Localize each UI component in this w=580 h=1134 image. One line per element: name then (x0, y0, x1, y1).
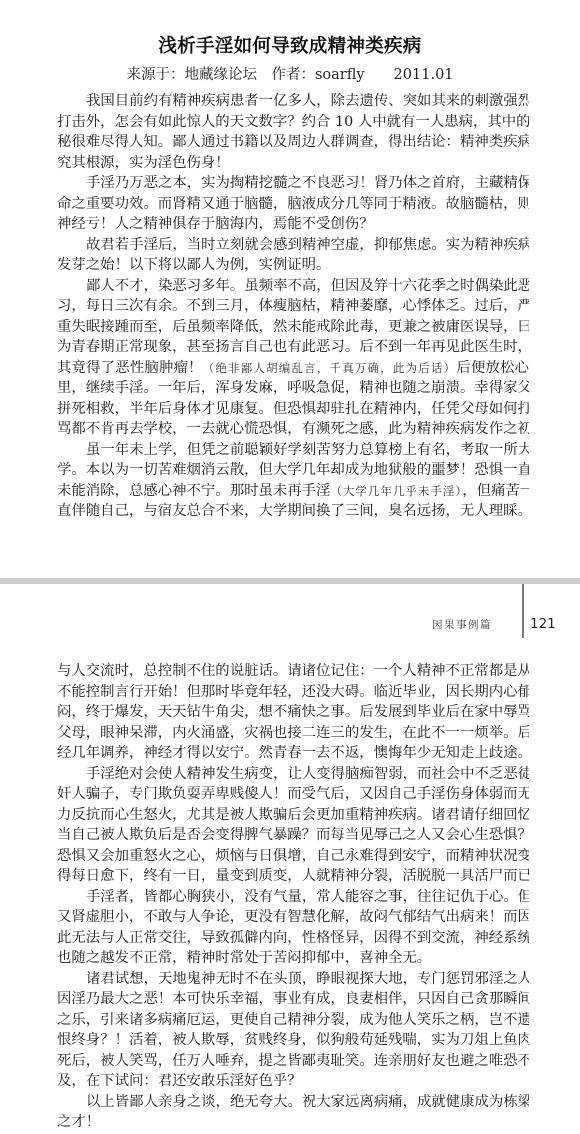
text-line: 不能控制言行开始！但那时毕竟年轻，还没大碍。临近毕业，因长期内心郁 (57, 682, 529, 703)
text-line-content: 故君若手淫后，当时立刻就会感到精神空虚，抑郁焦虑。实为精神疾病 (86, 237, 529, 253)
text-line-content: 究其根源，实为淫色伤身！ (57, 155, 230, 171)
text-line: 秘很难尽得人知。鄙人通过书籍以及周边人群调查，得出结论：精神类疾病 (57, 132, 529, 153)
text-line: 习，每日三次有余。不到三月，体瘦脑枯，精神萎靡，心悸体乏。过后，严 (57, 296, 529, 317)
text-line: 恨终身？！活着，被人欺辱，贫贱终身，似狗般苟延残喘，实为刀俎上鱼肉； (57, 1030, 529, 1051)
text-line-content: 未能消除，总感心神不宁。那时虽未再手淫 (57, 483, 330, 499)
text-line: 手淫者，皆都心胸狭小，没有气量，常人能容之事，往往记仇于心。但 (57, 887, 529, 908)
article-byline: 来源于：地藏缘论坛 作者：soarfly 2011.01 (0, 64, 580, 86)
article-title: 浅析手淫如何导致成精神类疾病 (0, 34, 580, 60)
running-head: 因果事例篇 (432, 617, 492, 633)
page-number: 121 (530, 615, 556, 633)
text-line: 父母，眼神呆滞，内火涌盛，灾祸也接二连三的发生，在此不一一烦举。后 (57, 723, 529, 744)
text-line-content: 里，继续手淫。一年后，浑身发麻，呼吸急促，精神也随之崩溃。幸得家父 (57, 380, 529, 396)
text-line-content: 手淫乃万恶之本，实为掏精挖髓之不良恶习！肾乃体之首府，主藏精保 (86, 175, 529, 191)
text-line: 虽一年未上学，但凭之前聪颖好学刻苦努力总算榜上有名，考取一所大 (57, 440, 529, 461)
text-line-content: 当自己被人欺负后是否会变得脾气暴躁？而每当见辱己之人又会心生恐惧？ (57, 827, 529, 843)
parenthetical-note: （大学几年几乎未手淫） (330, 484, 462, 498)
text-line-content: 手淫绝对会使人精神发生病变，让人变得脑痴智弱，而社会中不乏恶徒 (86, 766, 529, 782)
text-line-content: 闷，终于爆发，天天钻牛角尖，想不痛快之事。后发展到毕业后在家中辱骂 (57, 704, 529, 720)
text-line: 手淫绝对会使人精神发生病变，让人变得脑痴智弱，而社会中不乏恶徒 (57, 764, 529, 785)
text-line: 恐惧又会加重怒火之心，烦恼与日俱增，自己永难得到安宁，而精神状况变 (57, 846, 529, 867)
text-line-content: 我国目前约有精神疾病患者一亿多人，除去遗传、突如其来的刺激强烈 (86, 93, 529, 109)
text-line: 里，继续手淫。一年后，浑身发麻，呼吸急促，精神也随之崩溃。幸得家父 (57, 378, 529, 399)
text-line-content: 因淫乃最大之恶！本可快乐幸福，事业有成，良妻相伴，只因自己贪那瞬间 (57, 991, 529, 1007)
text-line: 发芽之始！以下将以鄙人为例，实例证明。 (57, 255, 529, 276)
text-line-content: 打击外，怎会有如此惊人的天文数字？约合 10 人中就有一人患病，其中的奥 (57, 114, 529, 130)
text-line: 之才！ (57, 1112, 529, 1133)
text-line: 直伴随自己，与宿友总合不来，大学期间换了三间，臭名远扬，无人理睬。 (57, 501, 529, 522)
text-line-content: 经几年调养，神经才得以安宁。然青春一去不返，懊悔年少无知走上歧途。 (57, 745, 529, 761)
text-line: 力反抗而心生怒火，尤其是被人欺骗后会更加重精神疾病。诸君请仔细回忆， (57, 805, 529, 826)
text-line-content: 命之重要功效。而肾精又通于脑髓，脑液成分几等同于精液。故脑髓枯，则 (57, 196, 529, 212)
text-line-continuation: 后便放松心 (456, 360, 529, 376)
text-line: 得每日愈下，终有一日，量变到质变，人就精神分裂，活脱脱一具活尸而已！ (57, 866, 529, 887)
text-line: 其竟得了恶性脑肿瘤！（绝非鄙人胡编乱言，千真万确，此为后话）后便放松心 (57, 358, 529, 379)
text-line-content: 拼死相救，半年后身体才见康复。但恐惧却驻扎在精神内，任凭父母如何打 (57, 401, 529, 417)
text-line-content: 神经亏！人之精神俱存于脑海内，焉能不受创伤？ (57, 216, 374, 232)
text-line: 未能消除，总感心神不宁。那时虽未再手淫（大学几年几乎未手淫），但痛苦一 (57, 481, 529, 502)
text-line: 故君若手淫后，当时立刻就会感到精神空虚，抑郁焦虑。实为精神疾病 (57, 235, 529, 256)
text-line-content: 为青春期正常现象，甚至扬言自己也有此恶习。后不到一年再见此医生时， (57, 339, 529, 355)
header-divider-rule (522, 584, 524, 638)
text-line-content: 习，每日三次有余。不到三月，体瘦脑枯，精神萎靡，心悸体乏。过后，严 (57, 298, 529, 314)
article-body-page1: 我国目前约有精神疾病患者一亿多人，除去遗传、突如其来的刺激强烈打击外，怎会有如此… (57, 91, 529, 522)
text-line-content: 与人交流时，总控制不住的说脏话。请诸位记住：一个人精神不正常都是从 (57, 663, 529, 679)
text-line-content: 奸人骗子，专门欺负耍弄卑贱傻人！而受气后，又因自己手淫伤身体弱而无 (57, 786, 529, 802)
text-line: 也随之越发不正常，精神时常处于苦闷抑郁中，喜神全无。 (57, 948, 529, 969)
text-line: 之乐，引来诸多病痛厄运，更使自己精神分裂，成为他人笑乐之柄，岂不遗 (57, 1010, 529, 1031)
text-line-content: 也随之越发不正常，精神时常处于苦闷抑郁中，喜神全无。 (57, 950, 431, 966)
text-line-content: 秘很难尽得人知。鄙人通过书籍以及周边人群调查，得出结论：精神类疾病 (57, 134, 529, 150)
text-line: 究其根源，实为淫色伤身！ (57, 153, 529, 174)
text-line: 学。本以为一切苦难烟消云散，但大学几年却成为地狱般的噩梦！恐惧一直 (57, 460, 529, 481)
text-line: 此无法与人正常交往，导致孤僻内向，性格怪异，因得不到交流，神经系统 (57, 928, 529, 949)
text-line: 拼死相救，半年后身体才见康复。但恐惧却驻扎在精神内，任凭父母如何打 (57, 399, 529, 420)
text-line-content: 诸君试想，天地鬼神无时不在头顶，睁眼视探大地，专门惩罚邪淫之人， (86, 971, 529, 987)
text-line-content: 骂都不肯再去学校，一去就心慌恐惧，有濒死之感，此为精神疾病发作之初！ (57, 421, 529, 437)
text-line: 为青春期正常现象，甚至扬言自己也有此恶习。后不到一年再见此医生时， (57, 337, 529, 358)
text-line: 我国目前约有精神疾病患者一亿多人，除去遗传、突如其来的刺激强烈 (57, 91, 529, 112)
text-line-content: 手淫者，皆都心胸狭小，没有气量，常人能容之事，往往记仇于心。但 (86, 889, 529, 905)
text-line-content: 力反抗而心生怒火，尤其是被人欺骗后会更加重精神疾病。诸君请仔细回忆， (57, 807, 529, 823)
text-line: 及，在下试问：君还安敢乐淫好色乎？ (57, 1071, 529, 1092)
text-line: 重失眠接踵而至，后虽频率降低，然未能戒除此毒，更兼之被庸医误导，曰 (57, 317, 529, 338)
text-line-content: 重失眠接踵而至，后虽频率降低，然未能戒除此毒，更兼之被庸医误导，曰 (57, 319, 529, 335)
text-line-content: 恨终身？！活着，被人欺辱，贫贱终身，似狗般苟延残喘，实为刀俎上鱼肉； (57, 1032, 529, 1048)
text-line-content: 之乐，引来诸多病痛厄运，更使自己精神分裂，成为他人笑乐之柄，岂不遗 (57, 1012, 529, 1028)
text-line: 手淫乃万恶之本，实为掏精挖髓之不良恶习！肾乃体之首府，主藏精保 (57, 173, 529, 194)
text-line-content: 死后，被人笑骂，任万人唾弃，提之皆鄙夷耻笑。连亲朋好友也避之唯恐不 (57, 1053, 529, 1069)
text-line: 经几年调养，神经才得以安宁。然青春一去不返，懊悔年少无知走上歧途。 (57, 743, 529, 764)
text-line-content: 以上皆鄙人亲身之谈，绝无夸大。祝大家远离病痛，成就健康成为栋梁 (86, 1094, 529, 1110)
text-line-content: 不能控制言行开始！但那时毕竟年轻，还没大碍。临近毕业，因长期内心郁 (57, 684, 529, 700)
text-line: 当自己被人欺负后是否会变得脾气暴躁？而每当见辱己之人又会心生恐惧？ (57, 825, 529, 846)
text-line: 闷，终于爆发，天天钻牛角尖，想不痛快之事。后发展到毕业后在家中辱骂 (57, 702, 529, 723)
text-line: 骂都不肯再去学校，一去就心慌恐惧，有濒死之感，此为精神疾病发作之初！ (57, 419, 529, 440)
text-line: 奸人骗子，专门欺负耍弄卑贱傻人！而受气后，又因自己手淫伤身体弱而无 (57, 784, 529, 805)
text-line-content: 其竟得了恶性脑肿瘤！ (57, 360, 203, 376)
text-line: 因淫乃最大之恶！本可快乐幸福，事业有成，良妻相伴，只因自己贪那瞬间 (57, 989, 529, 1010)
text-line-content: 发芽之始！以下将以鄙人为例，实例证明。 (57, 257, 330, 273)
text-line: 与人交流时，总控制不住的说脏话。请诸位记住：一个人精神不正常都是从 (57, 661, 529, 682)
text-line-content: 此无法与人正常交往，导致孤僻内向，性格怪异，因得不到交流，神经系统 (57, 930, 529, 946)
article-body-page2: 与人交流时，总控制不住的说脏话。请诸位记住：一个人精神不正常都是从不能控制言行开… (57, 661, 529, 1133)
page-121-top: 浅析手淫如何导致成精神类疾病 来源于：地藏缘论坛 作者：soarfly 2011… (0, 0, 580, 578)
text-line-content: 得每日愈下，终有一日，量变到质变，人就精神分裂，活脱脱一具活尸而已！ (57, 868, 529, 884)
parenthetical-note: （绝非鄙人胡编乱言，千真万确，此为后话） (203, 361, 457, 375)
text-line-content: 直伴随自己，与宿友总合不来，大学期间换了三间，臭名远扬，无人理睬。 (57, 503, 529, 519)
text-line: 鄙人不才，染恶习多年。虽频率不高，但因及笄十六花季之时偶染此恶 (57, 276, 529, 297)
text-line: 诸君试想，天地鬼神无时不在头顶，睁眼视探大地，专门惩罚邪淫之人， (57, 969, 529, 990)
page-121: 因果事例篇 121 与人交流时，总控制不住的说脏话。请诸位记住：一个人精神不正常… (0, 584, 580, 1134)
text-line: 神经亏！人之精神俱存于脑海内，焉能不受创伤？ (57, 214, 529, 235)
text-line-continuation: ，但痛苦一 (462, 483, 529, 499)
text-line-content: 及，在下试问：君还安敢乐淫好色乎？ (57, 1073, 302, 1089)
text-line: 又肾虚胆小，不敢与人争论，更没有智慧化解，故闷气郁结气出病来！而因 (57, 907, 529, 928)
text-line-content: 恐惧又会加重怒火之心，烦恼与日俱增，自己永难得到安宁，而精神状况变 (57, 848, 529, 864)
text-line: 命之重要功效。而肾精又通于脑髓，脑液成分几等同于精液。故脑髓枯，则 (57, 194, 529, 215)
text-line-content: 学。本以为一切苦难烟消云散，但大学几年却成为地狱般的噩梦！恐惧一直 (57, 462, 529, 478)
text-line-content: 虽一年未上学，但凭之前聪颖好学刻苦努力总算榜上有名，考取一所大 (86, 442, 529, 458)
text-line-content: 又肾虚胆小，不敢与人争论，更没有智慧化解，故闷气郁结气出病来！而因 (57, 909, 529, 925)
text-line: 死后，被人笑骂，任万人唾弃，提之皆鄙夷耻笑。连亲朋好友也避之唯恐不 (57, 1051, 529, 1072)
text-line-content: 父母，眼神呆滞，内火涌盛，灾祸也接二连三的发生，在此不一一烦举。后 (57, 725, 529, 741)
text-line-content: 之才！ (57, 1114, 100, 1130)
text-line: 以上皆鄙人亲身之谈，绝无夸大。祝大家远离病痛，成就健康成为栋梁 (57, 1092, 529, 1113)
text-line: 打击外，怎会有如此惊人的天文数字？约合 10 人中就有一人患病，其中的奥 (57, 112, 529, 133)
text-line-content: 鄙人不才，染恶习多年。虽频率不高，但因及笄十六花季之时偶染此恶 (86, 278, 529, 294)
